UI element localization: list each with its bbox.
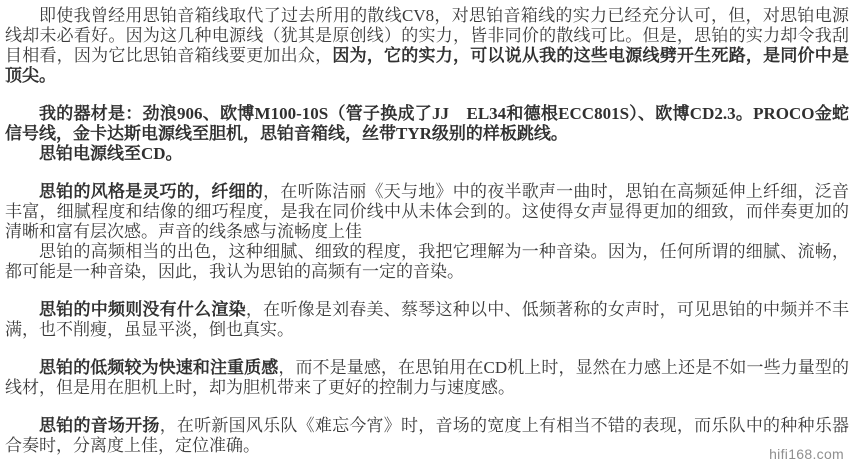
paragraph: 思铂的中频则没有什么渲染，在听像是刘春美、蔡琴这种以中、低频著称的女声时，可见思…: [5, 300, 849, 340]
paragraph: 思铂的风格是灵巧的，纤细的，在听陈洁丽《天与地》中的夜半歌声一曲时，思铂在高频延…: [5, 182, 849, 242]
paragraph: 思铂电源线至CD。: [5, 144, 849, 164]
text-block-6: 思铂的音场开扬，在听新国风乐队《难忘今宵》时，音场的宽度上有相当不错的表现，而乐…: [5, 416, 849, 456]
bold-text-segment: 思铂的风格是灵巧的，纤细的: [39, 182, 263, 201]
bold-text-segment: 思铂电源线至CD。: [39, 144, 183, 163]
bold-text-segment: 思铂的音场开扬: [39, 416, 160, 435]
text-block-3: 思铂的风格是灵巧的，纤细的，在听陈洁丽《天与地》中的夜半歌声一曲时，思铂在高频延…: [5, 182, 849, 282]
paragraph: 即使我曾经用思铂音箱线取代了过去所用的散线CV8，对思铂音箱线的实力已经充分认可…: [5, 6, 849, 86]
text-block-4: 思铂的中频则没有什么渲染，在听像是刘春美、蔡琴这种以中、低频著称的女声时，可见思…: [5, 300, 849, 340]
review-article: 即使我曾经用思铂音箱线取代了过去所用的散线CV8，对思铂音箱线的实力已经充分认可…: [0, 0, 853, 456]
text-block-5: 思铂的低频较为快速和注重质感，而不是量感，在思铂用在CD机上时，显然在力感上还是…: [5, 358, 849, 398]
paragraph: 思铂的音场开扬，在听新国风乐队《难忘今宵》时，音场的宽度上有相当不错的表现，而乐…: [5, 416, 849, 456]
bold-text-segment: 思铂的低频较为快速和注重质感: [39, 358, 278, 377]
bold-text-segment: 我的器材是：劲浪906、欧博M100-10S（管子换成了JJ EL34和德根EC…: [5, 104, 849, 143]
bold-text-segment: 思铂的中频则没有什么渲染: [39, 300, 246, 319]
paragraph: 我的器材是：劲浪906、欧博M100-10S（管子换成了JJ EL34和德根EC…: [5, 104, 849, 144]
page: { "page": { "background_color": "#ffffff…: [0, 0, 853, 466]
paragraph: 思铂的高频相当的出色，这种细腻、细致的程度，我把它理解为一种音染。因为，任何所谓…: [5, 242, 849, 282]
text-block-1: 即使我曾经用思铂音箱线取代了过去所用的散线CV8，对思铂音箱线的实力已经充分认可…: [5, 6, 849, 86]
text-block-2: 我的器材是：劲浪906、欧博M100-10S（管子换成了JJ EL34和德根EC…: [5, 104, 849, 164]
paragraph: 思铂的低频较为快速和注重质感，而不是量感，在思铂用在CD机上时，显然在力感上还是…: [5, 358, 849, 398]
text-segment: 思铂的高频相当的出色，这种细腻、细致的程度，我把它理解为一种音染。因为，任何所谓…: [5, 242, 849, 281]
site-watermark: hifi168.com: [769, 446, 844, 462]
